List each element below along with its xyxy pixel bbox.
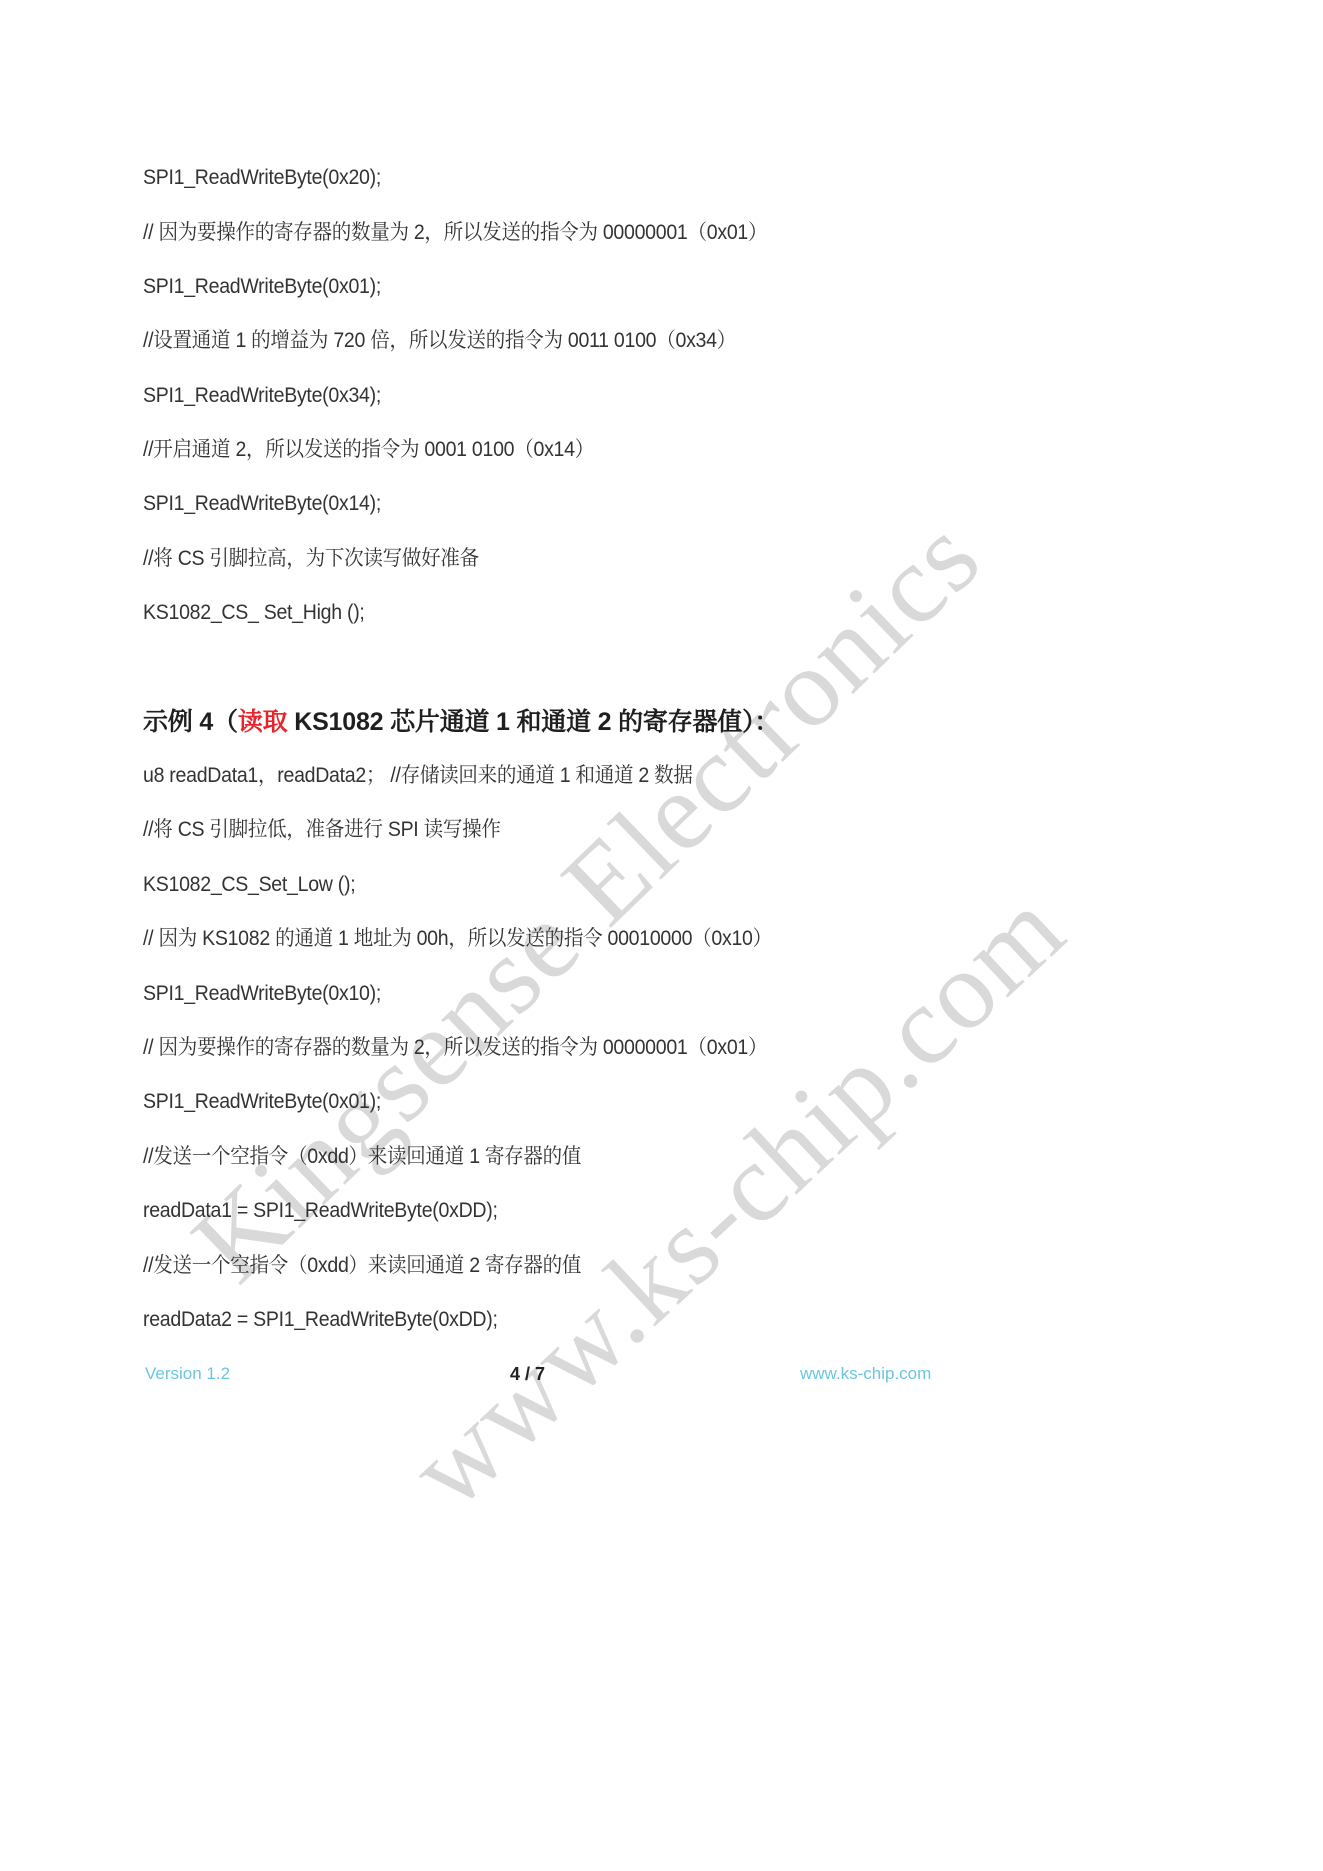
code-line: SPI1_ReadWriteByte(0x14); (143, 490, 381, 518)
code-line: SPI1_ReadWriteByte(0x34); (143, 382, 381, 410)
section-heading-example-4: 示例 4（读取 KS1082 芯片通道 1 和通道 2 的寄存器值）： (143, 705, 779, 739)
code-line: readData2 = SPI1_ReadWriteByte(0xDD); (143, 1306, 498, 1334)
code-comment: //将 CS 引脚拉低，准备进行 SPI 读写操作 (143, 816, 501, 844)
code-comment: //发送一个空指令（0xdd）来读回通道 1 寄存器的值 (143, 1143, 581, 1171)
code-line: SPI1_ReadWriteByte(0x10); (143, 980, 381, 1008)
code-line: KS1082_CS_Set_Low (); (143, 871, 355, 899)
code-comment: //设置通道 1 的增益为 720 倍，所以发送的指令为 0011 0100（0… (143, 327, 736, 355)
code-line: KS1082_CS_ Set_High (); (143, 599, 365, 627)
footer-website-link[interactable]: www.ks-chip.com (800, 1362, 931, 1386)
document-page: Kingsense Electronics www.ks-chip.com SP… (0, 0, 1323, 1871)
code-comment: //开启通道 2，所以发送的指令为 0001 0100（0x14） (143, 436, 594, 464)
heading-highlight-read: 读取 (238, 708, 288, 736)
code-comment: // 因为要操作的寄存器的数量为 2，所以发送的指令为 00000001（0x0… (143, 219, 767, 247)
code-line: SPI1_ReadWriteByte(0x20); (143, 164, 381, 192)
footer-version: Version 1.2 (145, 1362, 230, 1386)
heading-suffix: KS1082 芯片通道 1 和通道 2 的寄存器值）： (287, 708, 779, 736)
code-line: SPI1_ReadWriteByte(0x01); (143, 1088, 381, 1116)
code-comment: // 因为要操作的寄存器的数量为 2，所以发送的指令为 00000001（0x0… (143, 1034, 767, 1062)
heading-prefix: 示例 4（ (143, 708, 238, 736)
code-comment: //将 CS 引脚拉高，为下次读写做好准备 (143, 545, 479, 573)
code-line: readData1 = SPI1_ReadWriteByte(0xDD); (143, 1197, 498, 1225)
code-line: u8 readData1，readData2； //存储读回来的通道 1 和通道… (143, 762, 693, 790)
footer-page-number: 4 / 7 (510, 1362, 545, 1386)
code-line: SPI1_ReadWriteByte(0x01); (143, 273, 381, 301)
code-comment: //发送一个空指令（0xdd）来读回通道 2 寄存器的值 (143, 1252, 581, 1280)
code-comment: // 因为 KS1082 的通道 1 地址为 00h，所以发送的指令 00010… (143, 925, 772, 953)
